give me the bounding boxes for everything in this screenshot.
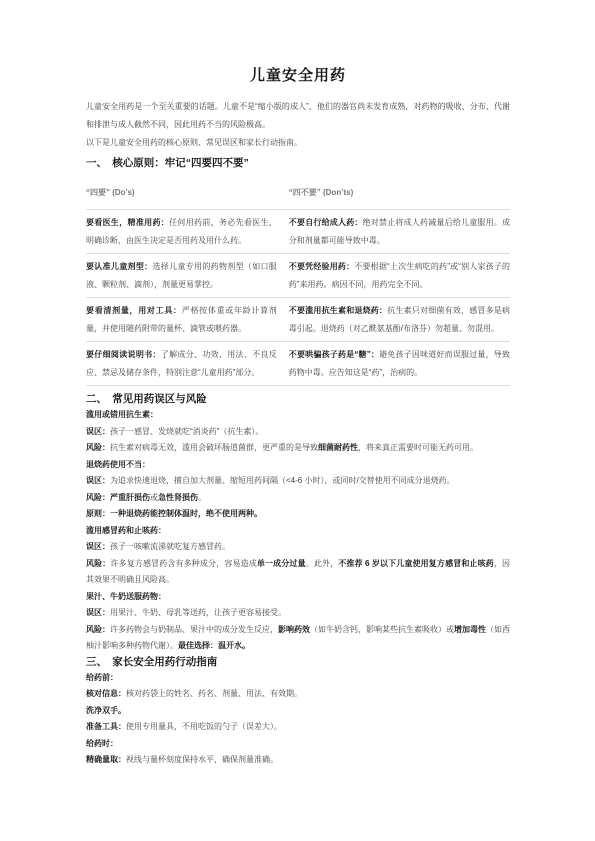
intro-paragraph-1: 儿童安全用药是一个至关重要的话题。儿童不是“缩小版的成人”，他们的器官尚未发育成… xyxy=(86,98,510,134)
intro-paragraph-2: 以下是儿童安全用药的核心原则、常见误区和家长行动指南。 xyxy=(86,134,510,152)
misconception-line: 误区：用果汁、牛奶、母乳等送药，让孩子更容易接受。 xyxy=(86,605,510,622)
text-segment: 给药时： xyxy=(86,739,118,748)
text-segment: 孩子一咳嗽流涕就吃复方感冒药。 xyxy=(110,542,230,551)
section1-heading: 一、 核心原则：牢记“四要四不要” xyxy=(86,156,510,171)
guide-line: 给药时： xyxy=(86,736,510,753)
text-segment: 许多药物会与奶制品、果汁中的成分发生反应， xyxy=(110,625,278,634)
text-segment: 风险： xyxy=(86,625,110,634)
misconception-line: 风险：许多药物会与奶制品、果汁中的成分发生反应，影响药效（如牛奶含钙，影响某些抗… xyxy=(86,622,510,655)
text-segment: 核对信息： xyxy=(86,689,126,698)
text-segment: 风险： xyxy=(86,559,110,568)
table-row: 要仔细阅读说明书：了解成分、功效、用法、不良反应、禁忌及储存条件，特别注意“儿童… xyxy=(86,342,510,386)
table-header-donts: “四不要” (Don’ts) xyxy=(289,171,510,210)
misconception-line: 风险：许多复方感冒药含有多种成分，容易造成单一成分过量。此外，不推荐 6 岁以下… xyxy=(86,556,510,589)
misconception-line: 风险：抗生素对病毒无效，滥用会破坏肠道菌群，更严重的是导致细菌耐药性，将来真正需… xyxy=(86,440,510,457)
section3-heading: 三、 家长安全用药行动指南 xyxy=(86,655,510,670)
text-segment: 急性肾损伤 xyxy=(158,493,198,502)
text-segment: 准备工具： xyxy=(86,722,126,731)
document-page: 儿童安全用药 儿童安全用药是一个至关重要的话题。儿童不是“缩小版的成人”，他们的… xyxy=(0,0,595,841)
text-segment: 要看医生，精准用药： xyxy=(86,218,169,227)
misconception-line: 风险：严重肝损伤或急性肾损伤。 xyxy=(86,490,510,507)
text-segment: 洗净双手。 xyxy=(86,706,126,715)
text-segment: 增加毒性 xyxy=(454,625,486,634)
text-segment: 不要自行给成人药： xyxy=(289,218,363,227)
misconception-line: 误区：为追求快速退烧，擅自加大剂量、缩短用药间隔（<4-6 小时），或同时/交替… xyxy=(86,473,510,490)
table-row: 要看医生，精准用药：任何用药前，务必先看医生，明确诊断，由医生决定是否用药及用什… xyxy=(86,210,510,254)
text-segment: 影响药效 xyxy=(278,625,310,634)
do-cell: 要看医生，精准用药：任何用药前，务必先看医生，明确诊断，由医生决定是否用药及用什… xyxy=(86,210,289,254)
text-segment: 风险： xyxy=(86,493,110,502)
text-segment: 单一成分过量 xyxy=(257,559,306,568)
text-segment: 。 xyxy=(198,493,206,502)
guide-line: 准备工具：使用专用量具，不用吃饭的勺子（误差大）。 xyxy=(86,719,510,736)
misconception-group-title: 果汁、牛奶送服药物： xyxy=(86,589,510,606)
dont-cell: 不要滥用抗生素和退烧药：抗生素只对细菌有效，感冒多是病毒引起。退烧药（对乙酰氨基… xyxy=(289,298,510,342)
guide-line: 精确量取：视线与量杯刻度保持水平，确保剂量准确。 xyxy=(86,752,510,769)
text-segment: 抗生素对病毒无效，滥用会破坏肠道菌群，更严重的是导致 xyxy=(110,443,318,452)
text-segment: 误区： xyxy=(86,542,110,551)
guide-line: 核对信息：核对药袋上的姓名、药名、剂量、用法、有效期。 xyxy=(86,686,510,703)
text-segment: ，将来真正需要时可能无药可用。 xyxy=(358,443,478,452)
text-segment: 给药前： xyxy=(86,673,118,682)
text-segment: 使用专用量具，不用吃饭的勺子（误差大）。 xyxy=(126,722,282,731)
table-row: 要看清剂量，用对工具：严格按体重或年龄计算剂量，并使用随药附带的量杯、滴管或喂药… xyxy=(86,298,510,342)
do-cell: 要看清剂量，用对工具：严格按体重或年龄计算剂量，并使用随药附带的量杯、滴管或喂药… xyxy=(86,298,289,342)
dos-donts-table-body: 要看医生，精准用药：任何用药前，务必先看医生，明确诊断，由医生决定是否用药及用什… xyxy=(86,210,510,386)
text-segment: 误区： xyxy=(86,476,110,485)
text-segment: 细菌耐药性 xyxy=(318,443,358,452)
do-cell: 要认准儿童剂型：选择儿童专用的药物剂型（如口服液、颗粒剂、滴剂），剂量更易掌控。 xyxy=(86,254,289,298)
misconception-line: 误区：孩子一咳嗽流涕就吃复方感冒药。 xyxy=(86,539,510,556)
text-segment: 要仔细阅读说明书： xyxy=(86,350,161,359)
text-segment: 一种退烧药能控制体温时，绝不使用两种。 xyxy=(110,509,262,518)
misconception-groups: 滥用或错用抗生素：误区：孩子一感冒、发烧就吃“消炎药”（抗生素）。风险：抗生素对… xyxy=(86,407,510,655)
dont-cell: 不要自行给成人药：绝对禁止将成人药减量后给儿童服用。成分和剂量都可能导致中毒。 xyxy=(289,210,510,254)
text-segment: 视线与量杯刻度保持水平，确保剂量准确。 xyxy=(126,755,278,764)
table-header-dos: “四要” (Do’s) xyxy=(86,171,289,210)
text-segment: 用果汁、牛奶、母乳等送药，让孩子更容易接受。 xyxy=(110,608,286,617)
dos-donts-table-head: “四要” (Do’s) “四不要” (Don’ts) xyxy=(86,171,510,210)
text-segment: 或 xyxy=(150,493,158,502)
misconception-group-title: 滥用或错用抗生素： xyxy=(86,407,510,424)
do-cell: 要仔细阅读说明书：了解成分、功效、用法、不良反应、禁忌及储存条件，特别注意“儿童… xyxy=(86,342,289,386)
text-segment: 许多复方感冒药含有多种成分，容易造成 xyxy=(110,559,256,568)
text-segment: 原则： xyxy=(86,509,110,518)
dont-cell: 不要凭经验用药：不要根据“上次生病吃的药”或“别人家孩子的药”来用药。病因不同，… xyxy=(289,254,510,298)
text-segment: 核对药袋上的姓名、药名、剂量、用法、有效期。 xyxy=(126,689,302,698)
guide-line: 给药前： xyxy=(86,670,510,687)
text-segment: 为追求快速退烧，擅自加大剂量、缩短用药间隔（<4-6 小时），或同时/交替使用不… xyxy=(110,476,455,485)
text-segment: 误区： xyxy=(86,608,110,617)
table-row: 要认准儿童剂型：选择儿童专用的药物剂型（如口服液、颗粒剂、滴剂），剂量更易掌控。… xyxy=(86,254,510,298)
text-segment: 精确量取： xyxy=(86,755,126,764)
table-header-row: “四要” (Do’s) “四不要” (Don’ts) xyxy=(86,171,510,210)
text-segment: 误区： xyxy=(86,427,110,436)
section2-heading: 二、 常见用药误区与风险 xyxy=(86,392,510,407)
text-segment: 要认准儿童剂型： xyxy=(86,262,152,271)
text-segment: 严重肝损伤 xyxy=(110,493,150,502)
text-segment: （如牛奶含钙，影响某些抗生素吸收）或 xyxy=(310,625,454,634)
guide-line: 洗净双手。 xyxy=(86,703,510,720)
text-segment: 不要哄骗孩子药是“糖”： xyxy=(289,350,379,359)
text-segment: 孩子一感冒、发烧就吃“消炎药”（抗生素）。 xyxy=(110,427,263,436)
guide-lines: 给药前：核对信息：核对药袋上的姓名、药名、剂量、用法、有效期。洗净双手。准备工具… xyxy=(86,670,510,769)
text-segment: 风险： xyxy=(86,443,110,452)
text-segment: 最佳选择：温开水。 xyxy=(178,641,250,650)
dont-cell: 不要哄骗孩子药是“糖”：避免孩子因味道好而误服过量，导致药物中毒。应告知这是“药… xyxy=(289,342,510,386)
misconception-group-title: 滥用感冒药和止咳药： xyxy=(86,523,510,540)
text-segment: 要看清剂量，用对工具： xyxy=(86,306,182,315)
text-segment: 不要凭经验用药： xyxy=(289,262,355,271)
text-segment: 不推荐 6 岁以下儿童使用复方感冒和止咳药 xyxy=(338,559,494,568)
misconception-group-title: 退烧药使用不当： xyxy=(86,457,510,474)
text-segment: 不要滥用抗生素和退烧药： xyxy=(289,306,387,315)
dos-donts-table: “四要” (Do’s) “四不要” (Don’ts) 要看医生，精准用药：任何用… xyxy=(86,171,510,386)
page-title: 儿童安全用药 xyxy=(86,67,510,84)
misconception-line: 原则：一种退烧药能控制体温时，绝不使用两种。 xyxy=(86,506,510,523)
misconception-line: 误区：孩子一感冒、发烧就吃“消炎药”（抗生素）。 xyxy=(86,424,510,441)
text-segment: 。此外， xyxy=(306,559,339,568)
